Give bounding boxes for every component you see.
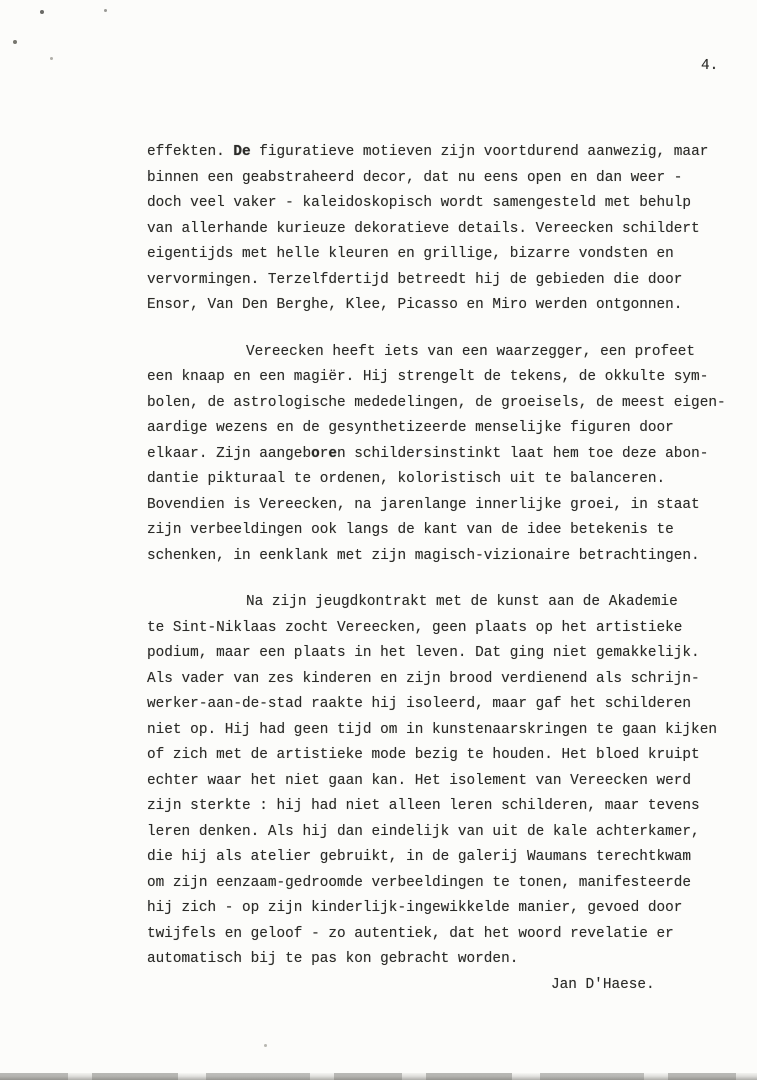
text-line: binnen een geabstraheerd decor, dat nu e… [147,166,743,192]
paragraph: Na zijn jeugdkontrakt met de kunst aan d… [147,590,743,973]
text-line: te Sint-Niklaas zocht Vereecken, geen pl… [147,616,743,642]
text-line: aardige wezens en de gesynthetizeerde me… [147,416,743,442]
signature: Jan D'Haese. [147,973,743,999]
text-line: eigentijds met helle kleuren en grillige… [147,242,743,268]
overtyped-bold-text: e [328,446,337,462]
text-line: zijn sterkte : hij had niet alleen leren… [147,794,743,820]
paragraph: effekten. De figuratieve motieven zijn v… [147,140,743,319]
scan-speck-artifact [104,9,107,12]
text-line: bolen, de astrologische mededelingen, de… [147,391,743,417]
text-line: niet op. Hij had geen tijd om in kunsten… [147,718,743,744]
text-line: werker-aan-de-stad raakte hij isoleerd, … [147,692,743,718]
overtyped-bold-text: o [311,446,320,462]
page-number: 4. [701,54,718,79]
text-line: leren denken. Als hij dan eindelijk van … [147,820,743,846]
text-line: Bovendien is Vereecken, na jarenlange in… [147,493,743,519]
text-line: of zich met de artistieke mode bezig te … [147,743,743,769]
text-line: Ensor, Van Den Berghe, Klee, Picasso en … [147,293,743,319]
scan-speck-artifact [264,1044,267,1047]
scan-speck-artifact [13,40,17,44]
text-line: Als vader van zes kinderen en zijn brood… [147,667,743,693]
text-block: effekten. De figuratieve motieven zijn v… [147,140,743,998]
scan-speck-artifact [50,57,53,60]
text-line: een knaap en een magiër. Hij strengelt d… [147,365,743,391]
text-segment: effekten. [147,144,233,160]
text-line: vervormingen. Terzelfdertijd betreedt hi… [147,268,743,294]
scan-speck-artifact [40,10,44,14]
text-line: effekten. De figuratieve motieven zijn v… [147,140,743,166]
text-line: schenken, in eenklank met zijn magisch-v… [147,544,743,570]
text-segment: figuratieve motieven zijn voortdurend aa… [251,144,709,160]
scanned-document-page: 4. effekten. De figuratieve motieven zij… [0,0,757,1080]
text-line: hij zich - op zijn kinderlijk-ingewikkel… [147,896,743,922]
text-line: dantie pikturaal te ordenen, koloristisc… [147,467,743,493]
text-line: echter waar het niet gaan kan. Het isole… [147,769,743,795]
text-line: Na zijn jeugdkontrakt met de kunst aan d… [147,590,743,616]
text-line: automatisch bij te pas kon gebracht word… [147,947,743,973]
text-line: twijfels en geloof - zo autentiek, dat h… [147,922,743,948]
text-line: elkaar. Zijn aangeboren schildersinstink… [147,442,743,468]
text-segment: n schildersinstinkt laat hem toe deze ab… [337,446,708,462]
paragraphs-container: effekten. De figuratieve motieven zijn v… [147,140,743,973]
text-line: Vereecken heeft iets van een waarzegger,… [147,340,743,366]
overtyped-bold-text: De [233,144,250,160]
text-line: podium, maar een plaats in het leven. Da… [147,641,743,667]
text-segment: elkaar. Zijn aangeb [147,446,311,462]
text-line: doch veel vaker - kaleidoskopisch wordt … [147,191,743,217]
text-line: die hij als atelier gebruikt, in de gale… [147,845,743,871]
text-line: zijn verbeeldingen ook langs de kant van… [147,518,743,544]
paragraph: Vereecken heeft iets van een waarzegger,… [147,340,743,570]
text-line: om zijn eenzaam-gedroomde verbeeldingen … [147,871,743,897]
text-line: van allerhande kurieuze dekoratieve deta… [147,217,743,243]
scan-bottom-edge-artifact [0,1073,757,1080]
